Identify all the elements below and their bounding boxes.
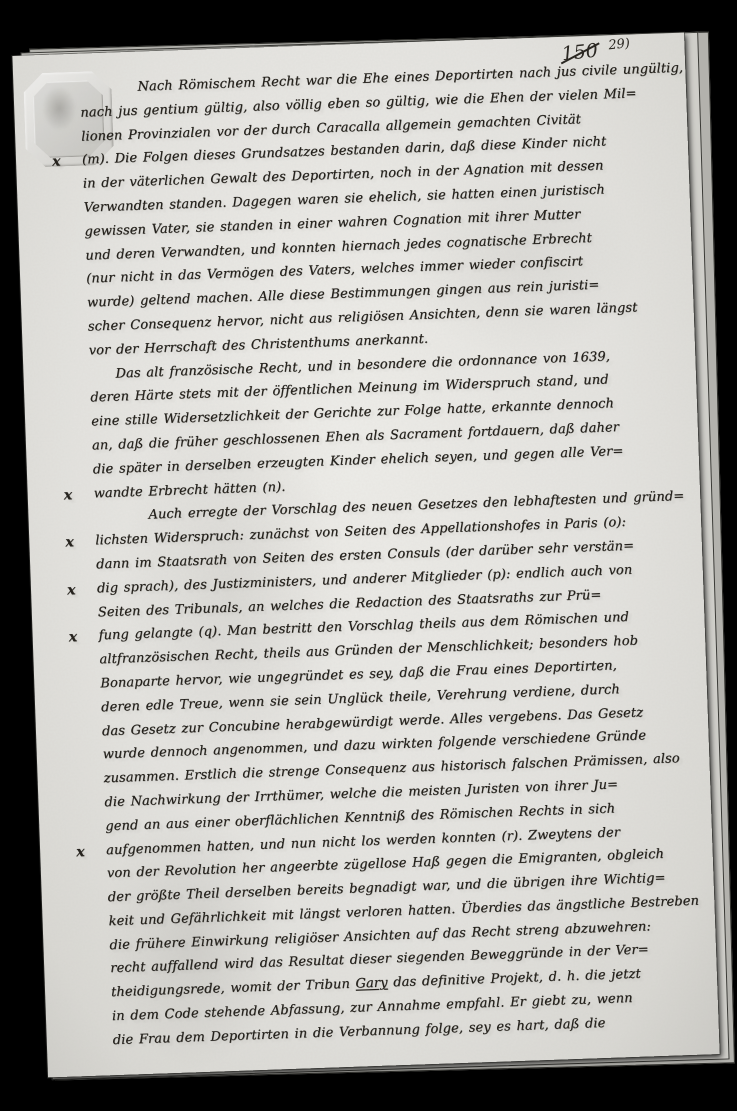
- embossed-seal-crest: [41, 86, 77, 131]
- scanner-background: 150 29) Nach Römischem Recht war die Ehe…: [0, 0, 737, 1111]
- margin-x-mark: x: [63, 484, 72, 508]
- manuscript-page: 150 29) Nach Römischem Recht war die Ehe…: [12, 33, 719, 1078]
- margin-x-mark: x: [67, 579, 76, 603]
- margin-x-mark: x: [52, 151, 61, 175]
- folio-number-current: 29): [608, 36, 631, 53]
- text-block: Nach Römischem Recht war die Ehe eines D…: [79, 58, 685, 1053]
- margin-x-mark: x: [65, 531, 74, 555]
- margin-x-mark: x: [76, 841, 85, 865]
- margin-x-mark: x: [68, 626, 77, 650]
- underlined-word: Gary: [355, 976, 388, 992]
